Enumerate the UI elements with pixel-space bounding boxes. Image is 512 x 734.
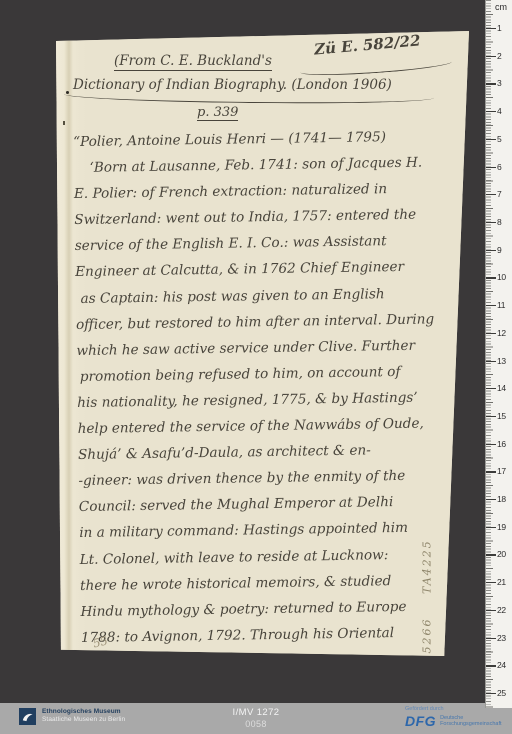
ruler-cm-tick — [486, 388, 496, 389]
ruler-cm-tick — [486, 139, 496, 140]
ruler-cm-number: 5 — [497, 134, 501, 144]
ruler-cm-number: 16 — [497, 439, 506, 449]
funder-credit: Gefördert durch DFG Deutsche Forschungsg… — [405, 706, 505, 729]
ruler-cm-tick — [486, 83, 496, 84]
archival-number-underline — [300, 56, 452, 79]
ruler-cm-tick — [486, 582, 496, 583]
ruler-cm-tick — [486, 444, 496, 445]
ruler-cm-number: 23 — [497, 633, 506, 643]
ruler-cm-number: 3 — [497, 78, 501, 88]
ruler-cm-tick — [486, 361, 496, 362]
ruler-cm-number: 18 — [497, 494, 506, 504]
ruler-cm-number: 15 — [497, 411, 506, 421]
ruler-cm-number: 17 — [497, 466, 506, 476]
funder-name-line1: Deutsche — [440, 715, 463, 721]
ruler-cm-tick — [486, 554, 496, 555]
ruler-cm-number: 11 — [497, 300, 505, 310]
cm-ruler: cm 1234567891011121314151617181920212223… — [485, 0, 512, 708]
manuscript-page: Zü E. 582/22 (From C. E. Buckland's Dict… — [56, 31, 469, 656]
ruler-cm-number: 25 — [497, 688, 506, 698]
manuscript-line: 1788: to Avignon, 1792. Through his Orie… — [81, 619, 467, 651]
ruler-unit-label: cm — [495, 2, 507, 12]
ruler-cm-tick — [486, 416, 496, 417]
archival-number: Zü E. 582/22 — [313, 31, 421, 58]
ruler-cm-tick — [486, 693, 496, 694]
ruler-cm-number: 20 — [497, 549, 506, 559]
ruler-cm-number: 12 — [497, 328, 506, 338]
source-citation-line1: (From C. E. Buckland's — [114, 53, 272, 71]
ruler-cm-tick — [486, 250, 496, 251]
ruler-cm-tick — [486, 222, 496, 223]
source-citation-page: p. 339 — [197, 105, 238, 121]
ruler-cm-number: 22 — [497, 605, 506, 615]
ruler-cm-number: 7 — [497, 189, 501, 199]
ruler-cm-number: 19 — [497, 522, 506, 532]
ruler-cm-tick — [486, 471, 496, 472]
ruler-cm-tick — [486, 333, 496, 334]
ruler-cm-tick — [486, 665, 496, 666]
digitization-footer: Ethnologisches Museum Staatliche Museen … — [0, 703, 512, 734]
ruler-cm-number: 1 — [497, 23, 501, 33]
ruler-cm-tick — [486, 194, 496, 195]
ruler-cm-number: 10 — [497, 272, 506, 282]
ruler-cm-number: 24 — [497, 660, 506, 670]
ruler-cm-number: 9 — [497, 245, 501, 255]
ruler-cm-number: 2 — [497, 51, 501, 61]
ruler-cm-tick — [486, 638, 496, 639]
ruler-cm-tick — [486, 527, 496, 528]
ruler-cm-number: 8 — [497, 217, 501, 227]
dfg-logo: DFG — [405, 713, 436, 729]
ruler-cm-number: 14 — [497, 383, 506, 393]
ruler-cm-tick — [486, 28, 496, 29]
manuscript-text: “Polier, Antoine Louis Henri — (1741— 17… — [73, 123, 467, 651]
funder-name: Deutsche Forschungsgemeinschaft — [440, 715, 501, 728]
ruler-cm-tick — [486, 56, 496, 57]
ruler-cm-number: 13 — [497, 356, 506, 366]
ruler-cm-tick — [486, 499, 496, 500]
ruler-cm-tick — [486, 277, 496, 278]
scan-viewport: Zü E. 582/22 (From C. E. Buckland's Dict… — [0, 0, 512, 734]
ruler-cm-tick — [486, 111, 496, 112]
ink-mark — [63, 121, 65, 125]
ruler-cm-number: 4 — [497, 106, 501, 116]
ruler-cm-number: 6 — [497, 162, 501, 172]
margin-inventory-number: 5266 TA4225 — [421, 476, 434, 654]
ruler-cm-tick — [486, 167, 496, 168]
ink-blot — [66, 91, 69, 94]
ruler-cm-tick — [486, 305, 496, 306]
ruler-cm-number: 21 — [497, 577, 506, 587]
funder-name-line2: Forschungsgemeinschaft — [440, 721, 501, 727]
ruler-cm-tick — [486, 610, 496, 611]
